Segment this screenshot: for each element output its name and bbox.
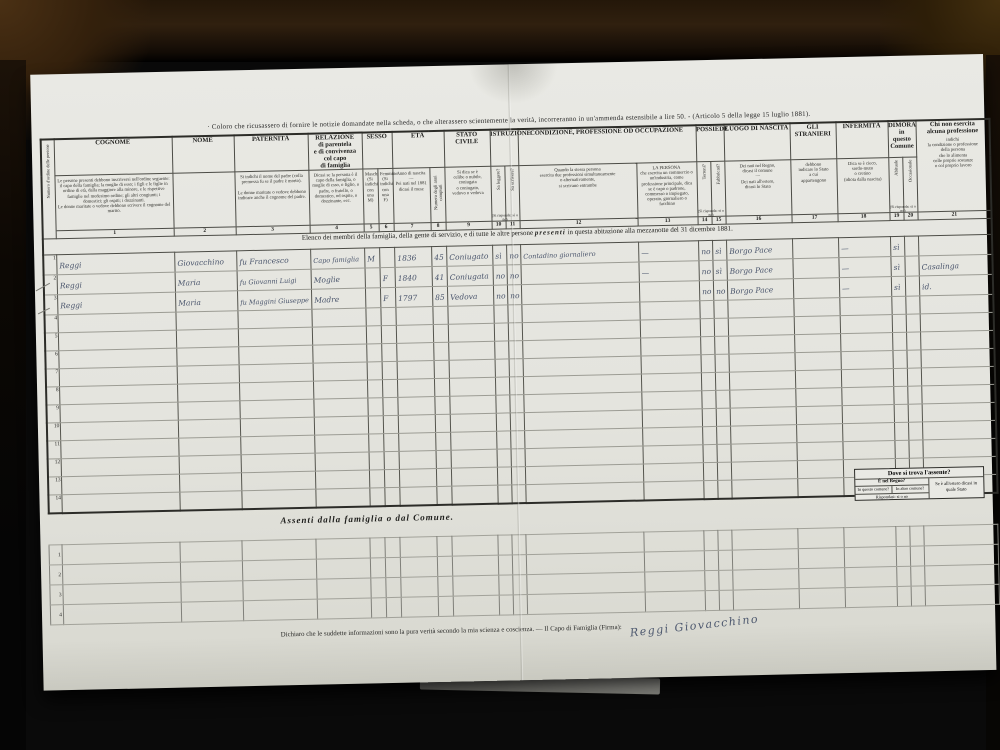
- cell-maschi: [369, 452, 384, 470]
- cell-maschi: [368, 434, 383, 452]
- cell-anno: [401, 597, 438, 618]
- cell-nome: [178, 437, 240, 456]
- handwritten-entry: F: [380, 271, 388, 286]
- dove-box-regno-column: È nel Regno? In questo comune? In altro …: [855, 478, 929, 500]
- cell-relazione: [317, 598, 371, 619]
- header-stranieri: GLI STRANIERI: [789, 122, 836, 159]
- cell-infermita: [841, 369, 893, 388]
- handwritten-entry: fu Giovanni Luigi: [237, 274, 296, 291]
- header-stranieri-desc: debbono indicare lo Stato a cui apparten…: [790, 159, 837, 223]
- cell-occasionale: [905, 296, 919, 314]
- cell-nome: Giovacchino: [174, 251, 236, 272]
- row-number: 14: [48, 495, 61, 514]
- cell-stranieri: [799, 568, 845, 589]
- anno-colnum: 7: [394, 222, 430, 231]
- handwritten-entry: —: [839, 261, 849, 276]
- cell-infermita: [845, 587, 897, 608]
- cell-stato: [448, 341, 494, 360]
- cell-chi: [922, 402, 996, 422]
- infermita-desc: Dica se è cieco, sordo-muto o cretino (i…: [837, 158, 889, 190]
- handwritten-entry: 1797: [395, 290, 417, 306]
- cell-femmine: [385, 557, 400, 577]
- cell-luogo: [733, 569, 799, 590]
- cell-chi: [920, 348, 994, 368]
- cell-chi: [925, 584, 999, 606]
- cell-nome: [180, 561, 242, 582]
- cell-luogo: [732, 529, 798, 550]
- handwritten-entry: 85: [432, 290, 444, 305]
- maschi-label: Maschi (Si indichi con una M): [363, 169, 378, 211]
- cell-infermita: [840, 333, 892, 352]
- row-number: 9: [46, 405, 59, 423]
- cell-chi: [921, 366, 995, 386]
- cell-fabbricati: [715, 372, 729, 390]
- handwritten-entry: Borgo Pace: [727, 262, 773, 279]
- cell-relazione: Madre: [311, 288, 365, 309]
- cell-anni: [438, 596, 453, 616]
- cell-scrivere: no: [506, 265, 520, 285]
- cell-infermita: [842, 405, 894, 424]
- cell-terreni: [703, 462, 717, 480]
- cell-anno: [397, 361, 434, 380]
- cell-fabbricati: [719, 590, 733, 610]
- cell-infermita: [845, 567, 897, 588]
- row-number: 8: [46, 387, 59, 405]
- cell-stranieri: [796, 406, 842, 425]
- cell-anno: [401, 577, 438, 598]
- cell-fabbricati: [717, 480, 731, 499]
- row-number: 1: [49, 545, 62, 565]
- cell-stranieri: [794, 334, 840, 353]
- cell-persona: [643, 463, 703, 482]
- cell-anno: [396, 325, 433, 344]
- cell-paternita: [242, 539, 316, 561]
- cell-nome: Maria: [175, 291, 237, 312]
- header-infermita: INFERMITÀ: [835, 121, 888, 159]
- handwritten-entry: Maria: [175, 295, 200, 311]
- cell-occasionale: [904, 256, 918, 276]
- cell-abituale: [894, 440, 908, 458]
- anni-colnum: 8: [431, 222, 445, 230]
- cell-persona: [640, 319, 700, 338]
- row-number: 4: [50, 605, 63, 625]
- cell-maschi: [371, 578, 386, 598]
- cell-stato: [447, 305, 493, 324]
- header-terreni: Terreni?(Si risponda: sì o no)14: [696, 161, 711, 224]
- dove-box-altro-comune: In altro comune?: [892, 485, 928, 492]
- cell-professione: Contadino giornaliero: [520, 242, 638, 265]
- cell-anno: [397, 397, 434, 416]
- occasionale-label: Occasionale: [907, 160, 912, 183]
- cell-paternita: [239, 363, 313, 383]
- cell-professione: [525, 482, 643, 503]
- handwritten-entry: sì: [891, 260, 900, 275]
- census-table: Numero d'ordine delle personeCOGNOMENOME…: [40, 118, 999, 515]
- handwritten-entry: —: [639, 265, 649, 280]
- handwritten-entry: 1840: [395, 270, 417, 286]
- cell-anno: [399, 469, 436, 488]
- cognome-desc: Le persone presenti debbono inscriversi …: [55, 174, 173, 223]
- cell-nome: [181, 581, 243, 602]
- cell-stato: [452, 555, 498, 576]
- scrivere-label: Sa scrivere?: [509, 168, 514, 190]
- cell-terreni: [701, 372, 715, 390]
- cell-stranieri: [792, 258, 838, 279]
- cell-infermita: —: [838, 237, 890, 258]
- cell-fabbricati: sì: [712, 260, 726, 280]
- handwritten-entry: Coniugata: [447, 268, 489, 285]
- header-persona: LA PERSONA che esercita un commercio o u…: [636, 162, 697, 226]
- cell-maschi: [370, 558, 385, 578]
- cell-abituale: [893, 386, 907, 404]
- cell-anni: 85: [432, 286, 447, 306]
- cell-scrivere: [513, 575, 527, 595]
- cell-paternita: [239, 381, 313, 401]
- header-femmine: Femmine (Si indichi con una F)6: [377, 168, 393, 231]
- cell-terreni: [700, 336, 714, 354]
- cell-abituale: [894, 404, 908, 422]
- cell-leggere: [493, 305, 507, 323]
- cell-leggere: no: [493, 285, 507, 305]
- cell-professione: [527, 572, 645, 595]
- cell-luogo: [732, 549, 798, 570]
- cell-chi: [920, 330, 994, 350]
- cell-terreni: [701, 390, 715, 408]
- cell-persona: [642, 427, 702, 446]
- header-condizione: CONDIZIONE, PROFESSIONE OD OCCUPAZIONE: [518, 125, 697, 165]
- cell-occasionale: [905, 276, 919, 296]
- fabbricati-label: Fabbricati?: [715, 164, 720, 185]
- maschi-colnum: 5: [364, 223, 378, 231]
- cell-anni: [434, 396, 449, 414]
- cell-luogo: [728, 335, 794, 354]
- cell-anni: [435, 414, 450, 432]
- cell-relazione: [313, 398, 367, 417]
- header-nome-desc: 2: [172, 172, 235, 236]
- cell-scrivere: [509, 377, 523, 395]
- row-number: 10: [47, 423, 60, 441]
- row-number: 11: [47, 441, 60, 459]
- cell-terreni: [703, 480, 717, 499]
- cell-infermita: [842, 423, 894, 442]
- cell-chi: [919, 294, 993, 314]
- cell-abituale: [894, 422, 908, 440]
- cell-femmine: [380, 307, 395, 325]
- cell-maschi: [367, 398, 382, 416]
- cell-relazione: [314, 434, 368, 453]
- row-number: 2: [49, 565, 62, 585]
- header-paternita-desc: Si indichi il nome del padre (colla prem…: [234, 170, 309, 235]
- header-dimora: DIMORA in questo Comune: [887, 120, 916, 157]
- cell-maschi: [369, 488, 384, 507]
- header-cognome-desc: Le persone presenti debbono inscriversi …: [54, 173, 173, 239]
- cell-persona: —: [638, 241, 698, 262]
- cell-femmine: [384, 487, 399, 506]
- anni-label: Numero degli anni compiuti: [432, 170, 443, 216]
- stranieri-desc: debbono indicare lo Stato a cui apparten…: [791, 159, 837, 191]
- header-sesso: SESSO: [362, 132, 393, 169]
- row-number: 13: [48, 477, 61, 495]
- row-number: 4: [44, 315, 57, 333]
- cell-femmine: [386, 577, 401, 597]
- cell-anni: [436, 450, 451, 468]
- cell-chi: [925, 564, 999, 586]
- cell-stranieri: [797, 478, 843, 497]
- cell-professione: [527, 592, 645, 615]
- cell-paternita: fu Giovanni Luigi: [237, 269, 311, 291]
- cell-paternita: [239, 399, 313, 419]
- cell-anni: [438, 576, 453, 596]
- possiede-note: (Si risponda: sì o no): [698, 209, 724, 218]
- cell-luogo: Borgo Pace: [726, 259, 792, 280]
- cell-relazione: [313, 362, 367, 381]
- cell-anni: 41: [432, 266, 447, 286]
- cell-cognome: Reggi: [56, 252, 174, 275]
- cell-infermita: [841, 387, 893, 406]
- cell-relazione: Moglie: [311, 268, 365, 289]
- cell-anno: [399, 487, 436, 506]
- header-istruzione: ISTRUZIONE: [490, 129, 519, 166]
- cell-stato: [451, 485, 497, 504]
- cell-fabbricati: [714, 318, 728, 336]
- cell-relazione: [314, 416, 368, 435]
- cell-femmine: [382, 361, 397, 379]
- cell-femmine: [381, 343, 396, 361]
- background-wood-top: [0, 0, 1000, 62]
- header-relazione: RELAZIONE di parentela e di convivenza c…: [308, 133, 363, 171]
- numero-ordine-label: Numero d'ordine delle persone: [45, 144, 51, 198]
- cell-anni: [437, 536, 452, 556]
- cell-maschi: [365, 288, 380, 308]
- cell-scrivere: [511, 467, 525, 485]
- cell-abituale: sì: [890, 236, 904, 256]
- handwritten-entry: —: [638, 245, 648, 260]
- cell-luogo: Borgo Pace: [726, 239, 792, 260]
- leggere-label: Sa leggere?: [495, 169, 500, 190]
- cell-anni: [437, 556, 452, 576]
- dove-box-questo-comune: In questo comune?: [855, 486, 892, 493]
- cell-maschi: [371, 598, 386, 618]
- cell-terreni: [704, 530, 718, 550]
- cell-persona: [641, 355, 701, 374]
- cell-stato: Vedova: [447, 285, 493, 306]
- relazione-desc: Dicasi se la persona è il capo della fam…: [309, 170, 363, 212]
- cell-terreni: [702, 444, 716, 462]
- cell-chi: [924, 544, 998, 566]
- cell-paternita: [241, 471, 315, 491]
- cell-terreni: no: [699, 280, 713, 300]
- handwritten-entry: M: [365, 251, 375, 266]
- cell-nome: [177, 365, 239, 384]
- cell-stranieri: [794, 316, 840, 335]
- cell-leggere: [495, 395, 509, 413]
- header-stato-desc: Si dica se è celibe o nubile, coniugata …: [444, 166, 491, 230]
- handwritten-entry: —: [838, 241, 848, 256]
- cell-infermita: [842, 441, 894, 460]
- cell-relazione: [312, 326, 366, 345]
- cell-cognome: [62, 542, 180, 565]
- handwritten-entry: Capo famiglia: [311, 252, 359, 269]
- cell-abituale: [897, 586, 911, 606]
- cell-anni: [432, 306, 447, 324]
- cell-leggere: [498, 555, 512, 575]
- cell-relazione: [311, 308, 365, 327]
- abituale-label: Abituale: [893, 160, 898, 176]
- cell-anni: 45: [431, 246, 446, 266]
- cell-cognome: [63, 582, 181, 605]
- cell-paternita: [238, 345, 312, 365]
- elenco-post: in questa abitazione alla mezzanotte del…: [566, 224, 733, 236]
- cell-scrivere: [509, 395, 523, 413]
- stranieri-colnum: 17: [792, 213, 837, 222]
- cell-occasionale: [906, 314, 920, 332]
- cell-anni: [436, 486, 451, 505]
- cell-nome: [177, 383, 239, 402]
- cell-anni: [434, 378, 449, 396]
- handwritten-entry: Coniugato: [447, 248, 489, 265]
- handwritten-entry: Reggi: [57, 298, 82, 314]
- cell-cognome: [62, 562, 180, 585]
- handwritten-entry: 1836: [395, 250, 417, 266]
- cell-anno: [398, 433, 435, 452]
- cell-chi: [920, 312, 994, 332]
- cell-luogo: [729, 353, 795, 372]
- cell-scrivere: [510, 431, 524, 449]
- handwritten-entry: F: [380, 291, 388, 306]
- cell-infermita: [840, 315, 892, 334]
- cell-cognome: Reggi: [57, 272, 175, 295]
- row-number: 12: [48, 459, 61, 477]
- cell-abituale: [892, 314, 906, 332]
- cell-scrivere: [511, 485, 525, 504]
- cell-relazione: [312, 344, 366, 363]
- cell-luogo: [728, 317, 794, 336]
- cell-fabbricati: no: [713, 280, 727, 300]
- cell-femmine: F: [380, 287, 395, 307]
- cell-femmine: [386, 597, 401, 617]
- row-number: 7: [46, 369, 59, 387]
- handwritten-entry: id.: [919, 279, 931, 294]
- cell-terreni: [699, 300, 713, 318]
- cell-persona: [644, 531, 704, 552]
- cell-relazione: [315, 470, 369, 489]
- row-number: 3: [44, 295, 57, 315]
- cell-abituale: [896, 526, 910, 546]
- cell-persona: [641, 391, 701, 410]
- cell-scrivere: no: [506, 245, 520, 265]
- handwritten-entry: no: [698, 244, 710, 259]
- cell-stranieri: [799, 588, 845, 609]
- cell-leggere: [497, 485, 511, 504]
- cell-persona: [643, 481, 703, 501]
- cell-relazione: [315, 452, 369, 471]
- cell-stato: Coniugata: [447, 265, 493, 286]
- cell-maschi: [367, 362, 382, 380]
- cell-abituale: [897, 566, 911, 586]
- background-edge-left: [0, 60, 26, 750]
- cell-fabbricati: [715, 390, 729, 408]
- handwritten-entry: no: [699, 264, 711, 279]
- cell-nome: Maria: [175, 271, 237, 292]
- header-maschi: Maschi (Si indichi con una M)5: [362, 169, 378, 232]
- handwritten-entry: Casalinga: [919, 258, 959, 275]
- header-anno: Anno di nascita — Pei nati nel 1881 dica…: [392, 168, 430, 232]
- elenco-emph: presenti: [535, 228, 566, 237]
- cell-scrivere: [512, 555, 526, 575]
- handwritten-entry: Borgo Pace: [727, 282, 773, 299]
- census-sheet: · Coloro che ricusassero di fornire le n…: [30, 54, 996, 691]
- signature-handwriting: Reggi Giovacchino: [629, 612, 759, 639]
- cell-paternita: [241, 489, 315, 509]
- cell-terreni: [701, 354, 715, 372]
- cell-abituale: [892, 350, 906, 368]
- luogo-desc: Dei nati nel Regno, dicasi il comune — D…: [725, 160, 791, 197]
- cell-persona: [644, 551, 704, 572]
- cell-fabbricati: [716, 426, 730, 444]
- header-possiede: POSSIEDE: [696, 125, 725, 162]
- cell-professione: [521, 262, 639, 285]
- cell-nome: [178, 419, 240, 438]
- cell-chi: Casalinga: [918, 254, 992, 276]
- cell-infermita: [844, 527, 896, 548]
- handwritten-entry: sì: [493, 248, 502, 263]
- cell-persona: [642, 409, 702, 428]
- cell-stato: [453, 575, 499, 596]
- handwritten-entry: Moglie: [311, 272, 340, 288]
- cell-infermita: [840, 351, 892, 370]
- cell-fabbricati: [713, 300, 727, 318]
- dove-box-estero: Se è all'estero dicasi in quale Stato: [929, 477, 984, 498]
- cell-anni: [436, 468, 451, 486]
- cell-stranieri: [797, 460, 843, 479]
- handwritten-entry: no: [507, 248, 519, 263]
- cell-maschi: [369, 470, 384, 488]
- cell-leggere: [497, 467, 511, 485]
- cell-luogo: [729, 371, 795, 390]
- cell-cognome: [61, 492, 179, 513]
- cell-chi: [924, 524, 998, 546]
- handwritten-entry: no: [493, 268, 505, 283]
- cell-luogo: [729, 389, 795, 408]
- cell-anni: [434, 360, 449, 378]
- cell-persona: [642, 445, 702, 464]
- cell-professione: [521, 282, 639, 305]
- cell-leggere: [494, 323, 508, 341]
- handwritten-entry: sì: [891, 280, 900, 295]
- cell-occasionale: [908, 404, 922, 422]
- cell-leggere: [494, 341, 508, 359]
- cell-terreni: no: [698, 260, 712, 280]
- cell-stranieri: [793, 278, 839, 299]
- cell-leggere: [496, 431, 510, 449]
- cell-anno: 1836: [394, 247, 431, 268]
- chi-title: Chi non esercita alcuna professione: [916, 120, 989, 136]
- cell-relazione: [316, 538, 370, 559]
- cell-stato: [452, 535, 498, 556]
- cell-chi: [922, 420, 996, 440]
- cell-abituale: sì: [890, 256, 904, 276]
- cell-luogo: [730, 425, 796, 444]
- header-paternita: PATERNITÀ: [234, 134, 309, 172]
- cell-stato: [449, 377, 495, 396]
- header-abituale: Abituale(Si risponda: sì o no)19: [888, 157, 903, 220]
- cell-fabbricati: [718, 550, 732, 570]
- cell-occasionale: [906, 332, 920, 350]
- cell-persona: [639, 281, 699, 302]
- cell-femmine: [384, 451, 399, 469]
- cell-leggere: [497, 449, 511, 467]
- cell-nome: [176, 347, 238, 366]
